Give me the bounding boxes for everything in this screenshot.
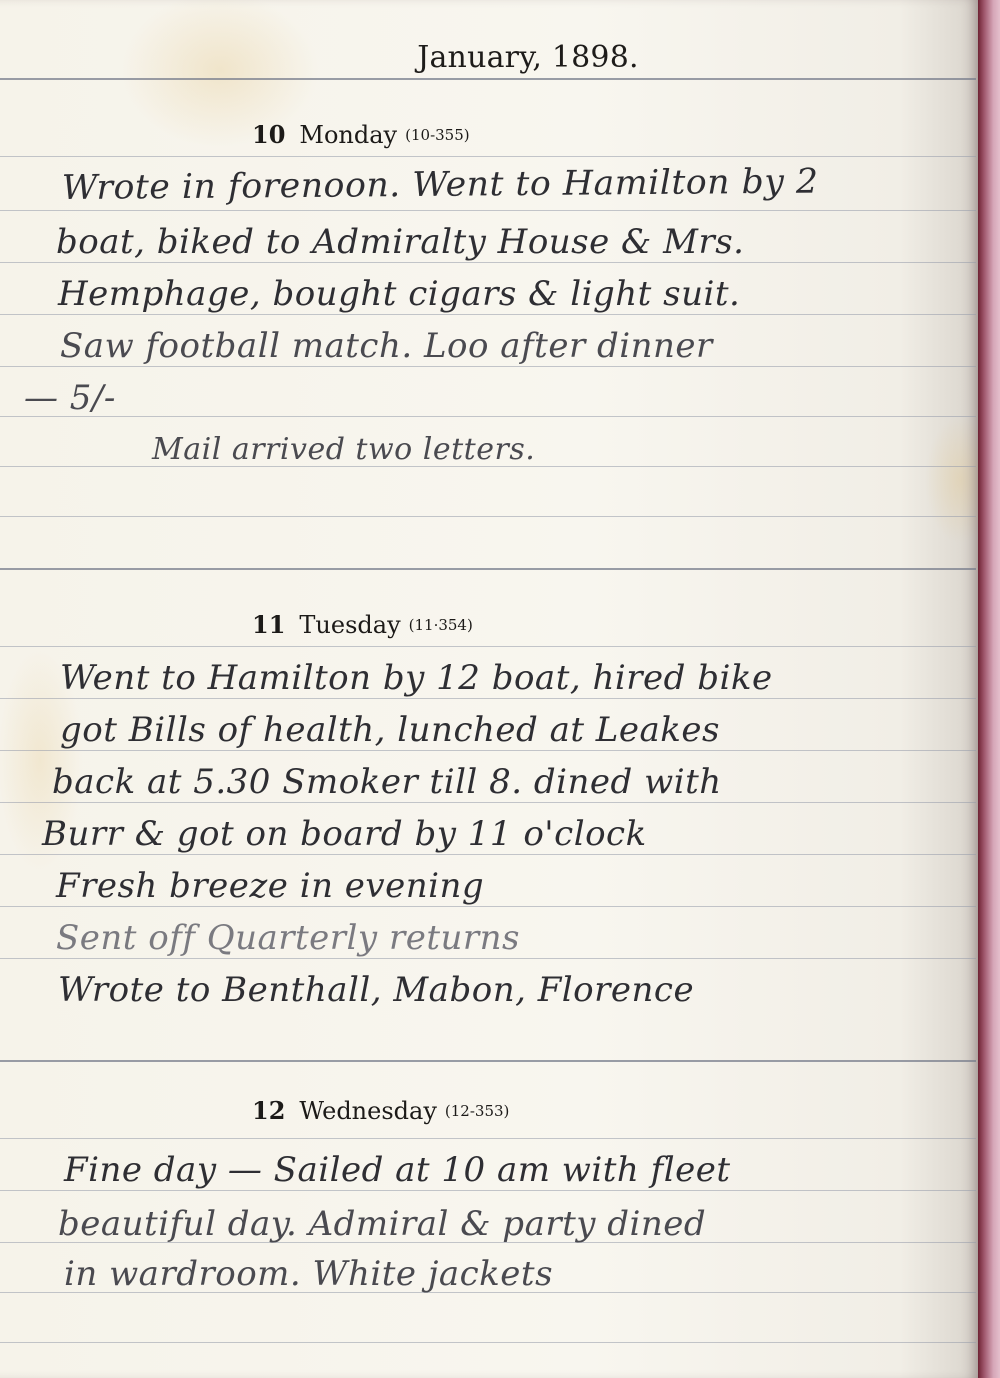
day-heading-tuesday: 11Tuesday(11·354) — [252, 610, 473, 639]
day-code: (10-355) — [405, 126, 470, 144]
ruled-line — [0, 698, 976, 699]
header-rule — [0, 78, 976, 80]
handwritten-line: Fine day — Sailed at 10 am with fleet — [64, 1150, 731, 1190]
handwritten-line: Went to Hamilton by 12 boat, hired bike — [60, 658, 773, 698]
ruled-line — [0, 416, 976, 417]
weekday: Wednesday — [299, 1097, 436, 1125]
handwritten-line: — 5/- — [24, 378, 116, 418]
ruled-line — [0, 646, 976, 647]
ruled-line — [0, 262, 976, 263]
day-heading-wednesday: 12Wednesday(12-353) — [252, 1096, 509, 1125]
day-heading-monday: 10Monday(10-355) — [252, 120, 470, 149]
handwritten-line: Wrote in forenoon. Went to Hamilton by 2 — [62, 162, 819, 208]
section-divider — [0, 1060, 976, 1062]
day-number: 11 — [252, 610, 285, 639]
ruled-line — [0, 314, 976, 315]
ruled-line — [0, 156, 976, 157]
weekday: Monday — [299, 121, 397, 149]
ruled-line — [0, 516, 976, 517]
month-header: January, 1898. — [0, 40, 1000, 75]
handwritten-line: Burr & got on board by 11 o'clock — [42, 814, 647, 854]
ruled-line — [0, 210, 976, 211]
ruled-line — [0, 750, 976, 751]
ruled-line — [0, 366, 976, 367]
handwritten-line: beautiful day. Admiral & party dined — [58, 1204, 706, 1244]
ruled-line — [0, 958, 976, 959]
handwritten-line: Fresh breeze in evening — [56, 866, 484, 906]
section-divider — [0, 568, 976, 570]
handwritten-line: back at 5.30 Smoker till 8. dined with — [52, 762, 722, 802]
ruled-line — [0, 802, 976, 803]
handwritten-line: Saw football match. Loo after dinner — [60, 326, 713, 366]
handwritten-line: Hemphage, bought cigars & light suit. — [58, 274, 740, 314]
ruled-line — [0, 854, 976, 855]
handwritten-line: Sent off Quarterly returns — [56, 918, 520, 958]
book-binding-edge — [978, 0, 1000, 1378]
day-number: 10 — [252, 120, 285, 149]
handwritten-line: Mail arrived two letters. — [152, 432, 535, 467]
handwritten-line: Wrote to Benthall, Mabon, Florence — [58, 970, 694, 1010]
ruled-line — [0, 906, 976, 907]
weekday: Tuesday — [299, 611, 400, 639]
ruled-line — [0, 1138, 976, 1139]
day-number: 12 — [252, 1096, 285, 1125]
handwritten-line: got Bills of health, lunched at Leakes — [60, 710, 720, 750]
ruled-line — [0, 1342, 976, 1343]
day-code: (11·354) — [409, 616, 473, 634]
ruled-line — [0, 1190, 976, 1191]
day-code: (12-353) — [445, 1102, 510, 1120]
handwritten-line: in wardroom. White jackets — [64, 1254, 553, 1294]
handwritten-line: boat, biked to Admiralty House & Mrs. — [56, 222, 744, 262]
diary-page: January, 1898. 10Monday(10-355) Wrote in… — [0, 0, 978, 1378]
